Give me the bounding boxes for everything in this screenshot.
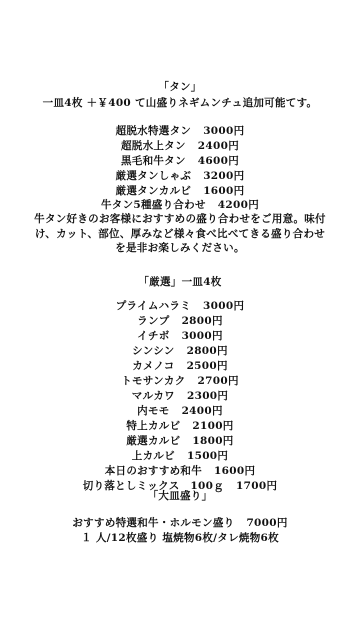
item-price: 1600円 xyxy=(203,185,244,197)
menu-item: プライムハラミ3000円 xyxy=(0,299,360,314)
menu-item: ランプ2800円 xyxy=(0,314,360,329)
item-price: 3000円 xyxy=(203,125,244,137)
item-price: 3000円 xyxy=(182,330,223,342)
oozara-detail: １ 人/12枚盛り 塩焼物6枚/タレ焼物6枚 xyxy=(0,531,360,546)
menu-item: カメノコ2500円 xyxy=(0,359,360,374)
item-name: ランプ xyxy=(137,315,169,327)
menu-item: 厳選カルビ1800円 xyxy=(0,434,360,449)
menu-item: シンシン2800円 xyxy=(0,344,360,359)
item-name: 内モモ xyxy=(137,405,169,417)
item-price: 7000円 xyxy=(246,517,287,529)
item-name: 厳選カルビ xyxy=(126,435,180,447)
item-name: 上カルビ xyxy=(132,450,175,462)
menu-item: 上カルビ1500円 xyxy=(0,449,360,464)
item-name: 黒毛和牛タン xyxy=(121,155,186,167)
section-header-oozara: 「大皿盛り」 xyxy=(0,489,360,504)
item-name: おすすめ特選和牛・ホルモン盛り xyxy=(72,517,234,529)
item-name: プライムハラミ xyxy=(116,300,191,312)
item-name: マルカワ xyxy=(132,390,175,402)
item-name: 特上カルビ xyxy=(126,420,180,432)
assortment-description: 牛タン好きのお客様におすすめの盛り合わせをご用意。味付け、カット、部位、厚みなど… xyxy=(30,212,330,256)
assortment-item: 牛タン5種盛り合わせ4200円 xyxy=(0,198,360,213)
section-header-tan: 「タン」 xyxy=(0,80,360,95)
menu-item: おすすめ特選和牛・ホルモン盛り7000円 xyxy=(0,516,360,531)
menu-item: 内モモ2400円 xyxy=(0,404,360,419)
item-price: 1600円 xyxy=(214,465,255,477)
section-header-gensen: 「厳選」一皿4枚 xyxy=(0,275,360,290)
item-price: 2800円 xyxy=(187,345,228,357)
item-name: イチボ xyxy=(137,330,169,342)
item-name: トモサンカク xyxy=(121,375,185,387)
item-price: 1800円 xyxy=(192,435,233,447)
item-price: 2700円 xyxy=(198,375,239,387)
menu-item: 厳選タンカルビ1600円 xyxy=(0,184,360,199)
menu-item: マルカワ2300円 xyxy=(0,389,360,404)
item-price: 1500円 xyxy=(187,450,228,462)
item-price: 2500円 xyxy=(187,360,228,372)
item-name: 超脱水上タン xyxy=(121,140,186,152)
item-price: 2300円 xyxy=(187,390,228,402)
menu-item: 黒毛和牛タン4600円 xyxy=(0,154,360,169)
item-price: 2100円 xyxy=(192,420,233,432)
menu-item: 厳選タンしゃぶ3200円 xyxy=(0,169,360,184)
item-name: 厳選タンしゃぶ xyxy=(116,170,192,182)
menu-page: 「タン」 一皿4枚 ＋￥400 て山盛りネギムンチュ追加可能てす。 超脱水特選タ… xyxy=(0,0,360,640)
menu-item: 本日のおすすめ和牛1600円 xyxy=(0,464,360,479)
tan-note: 一皿4枚 ＋￥400 て山盛りネギムンチュ追加可能てす。 xyxy=(0,96,360,111)
menu-item: イチボ3000円 xyxy=(0,329,360,344)
item-price: 2400円 xyxy=(182,405,223,417)
item-price: 4600円 xyxy=(198,155,239,167)
menu-item: トモサンカク2700円 xyxy=(0,374,360,389)
item-name: 牛タン5種盛り合わせ xyxy=(101,199,206,211)
menu-item: 特上カルビ2100円 xyxy=(0,419,360,434)
menu-item: 超脱水特選タン3000円 xyxy=(0,124,360,139)
item-price: 3000円 xyxy=(203,300,244,312)
item-price: 4200円 xyxy=(218,199,259,211)
menu-item: 超脱水上タン2400円 xyxy=(0,139,360,154)
item-price: 2400円 xyxy=(198,140,239,152)
item-name: 厳選タンカルビ xyxy=(116,185,192,197)
item-name: 本日のおすすめ和牛 xyxy=(105,465,202,477)
item-name: シンシン xyxy=(132,345,174,357)
item-price: 3200円 xyxy=(203,170,244,182)
item-name: 超脱水特選タン xyxy=(116,125,192,137)
item-name: カメノコ xyxy=(132,360,174,372)
item-price: 2800円 xyxy=(182,315,223,327)
